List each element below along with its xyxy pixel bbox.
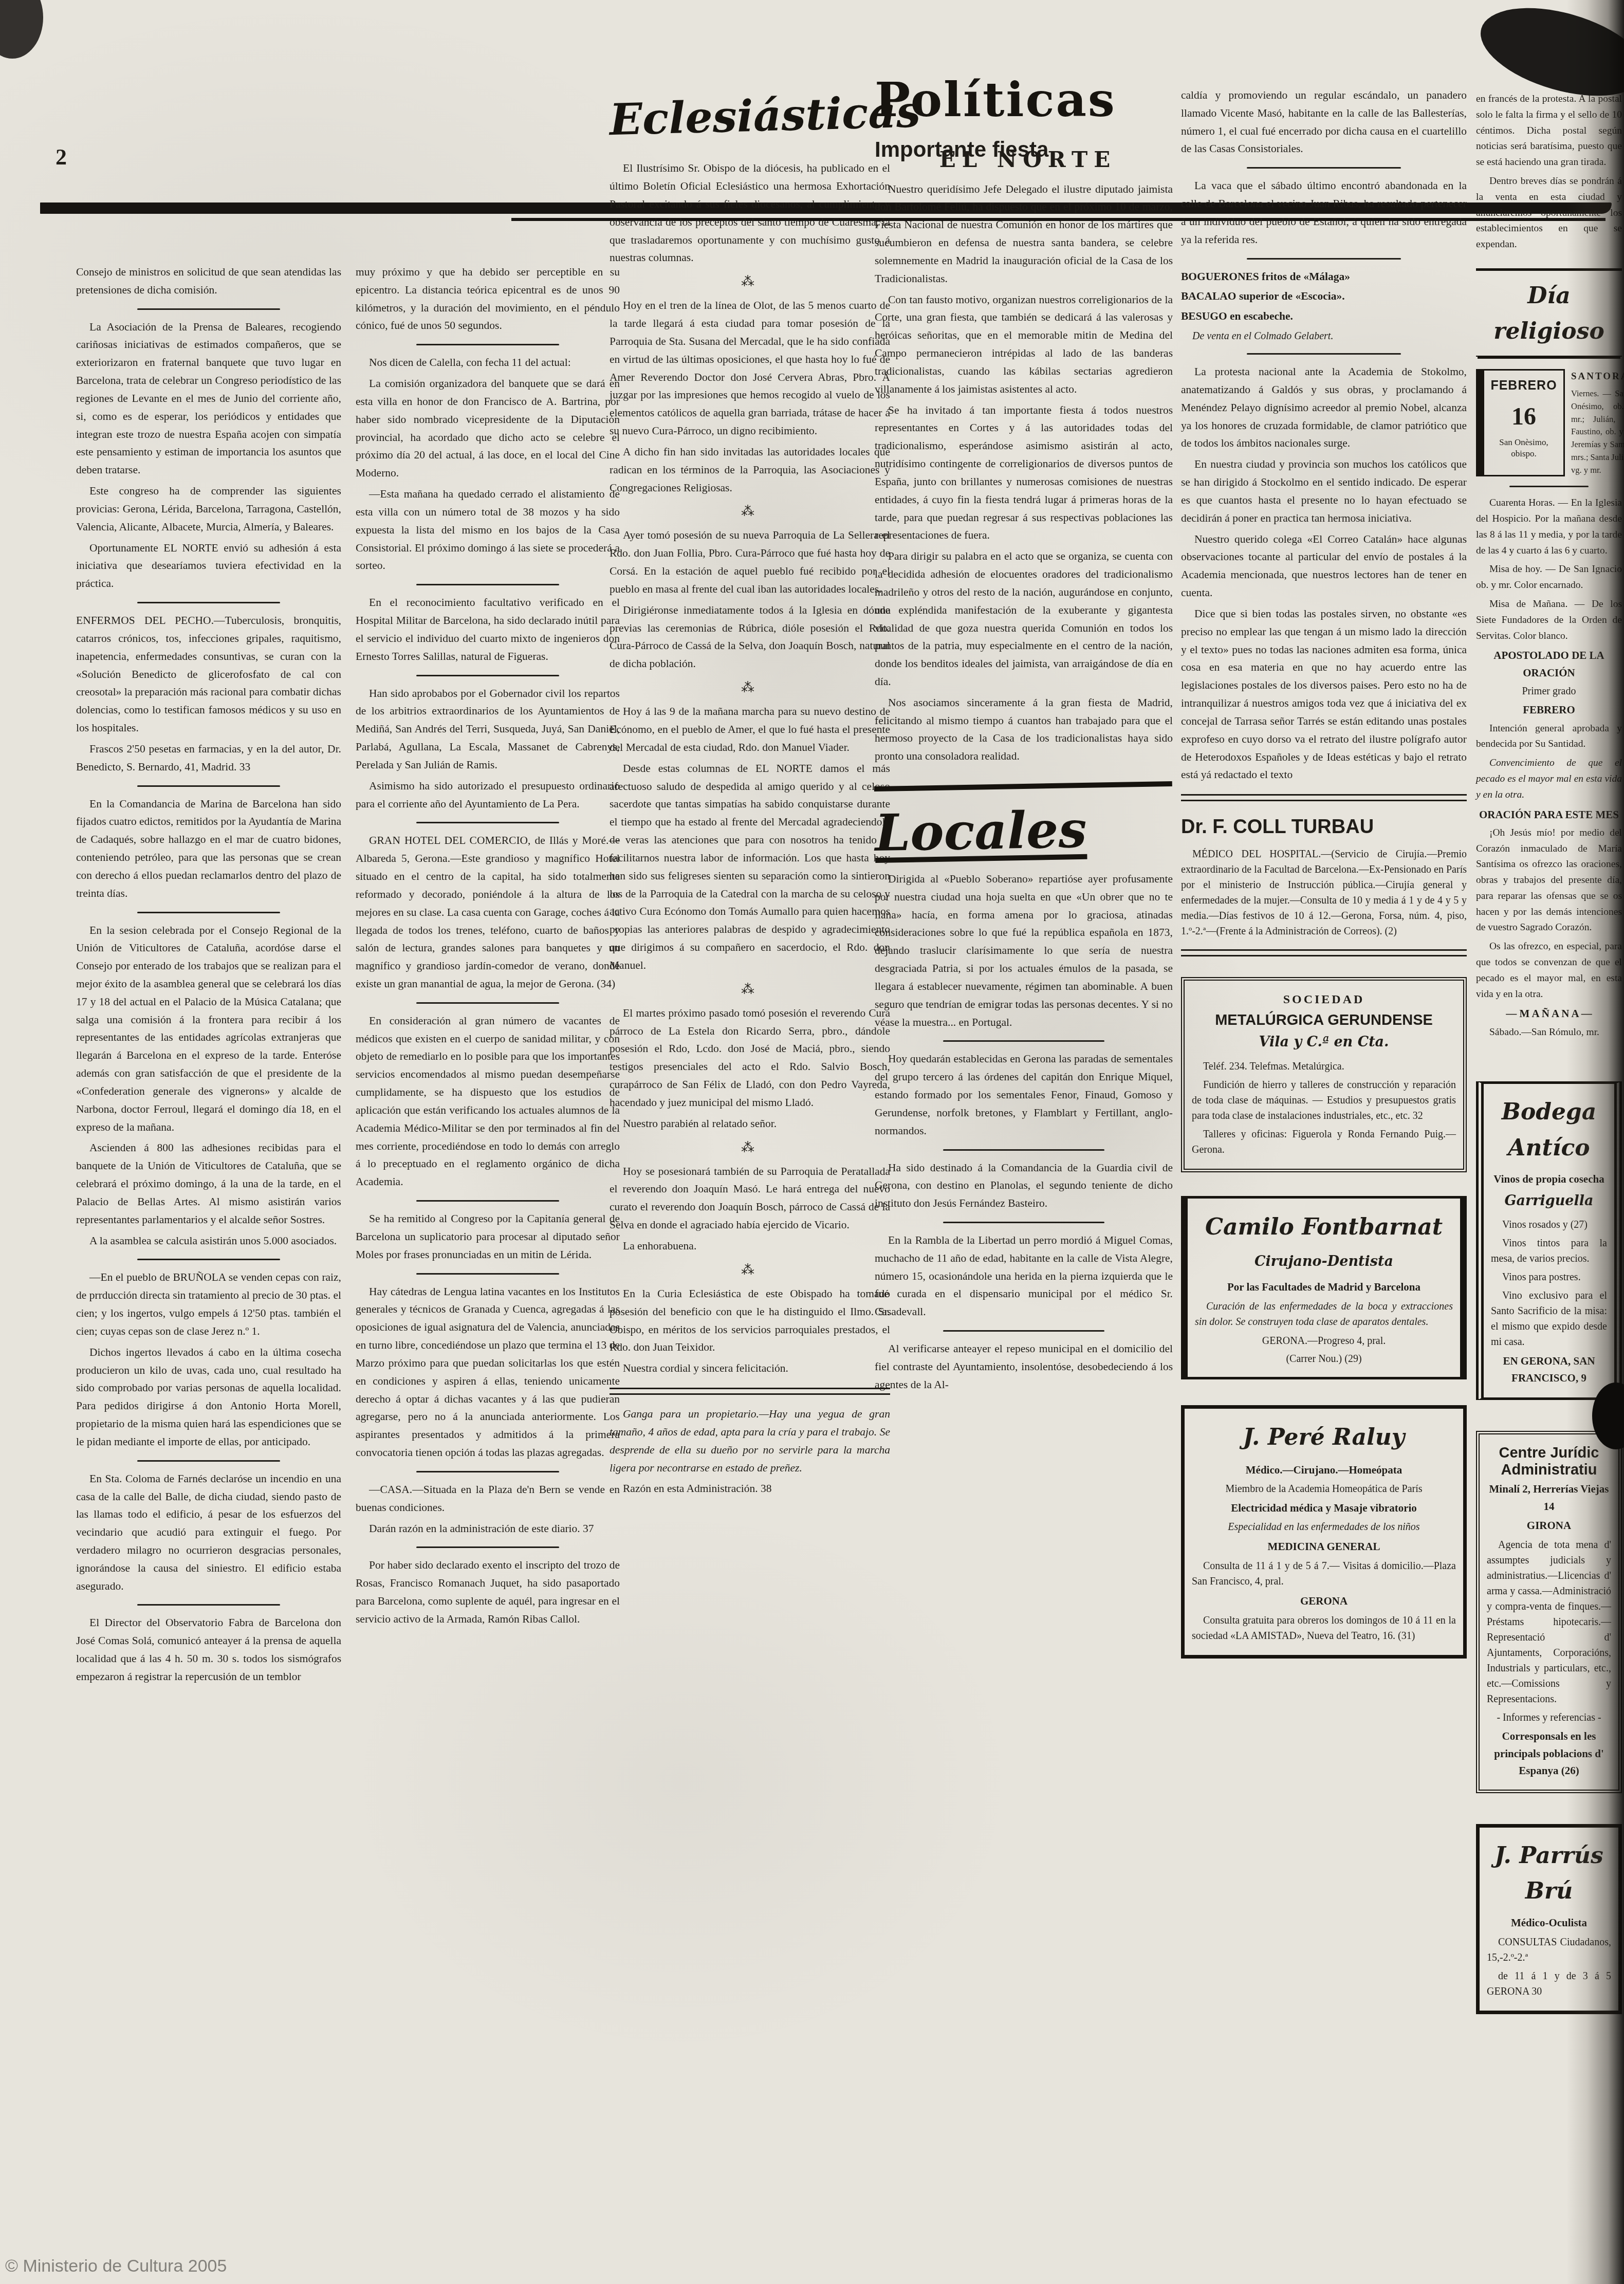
ad-camilo-fontbarnat: Camilo FontbarnatCirujano-DentistaPor la… (1181, 1196, 1467, 1380)
col-1-item-6: ENFERMOS DEL PECHO.—Tuberculosis, bronqu… (76, 612, 341, 737)
col-4-item-3: Con tan fausto motivo, organizan nuestro… (875, 291, 1173, 398)
col-1-item-9: En la Comandancia de Marina de Barcelona… (76, 795, 341, 902)
col-1-item-3: Este congreso ha de comprender las sigui… (76, 482, 341, 536)
col-3-item-2: ⁂ (610, 271, 890, 292)
ad-coll-turbau: Dr. F. COLL TURBAUMÉDICO DEL HOSPITAL.—(… (1181, 812, 1467, 939)
col-3-item-4: A dicho fin han sido invitadas las autor… (610, 443, 890, 496)
ad-metalurgica-gerundense-line-1: METALÚRGICA GERUNDENSE (1192, 1012, 1456, 1029)
col-3-item-20 (610, 1388, 890, 1395)
col-3-item-17: ⁂ (610, 1259, 890, 1281)
col-4-item-15 (943, 1330, 1104, 1332)
col-4-item-11 (943, 1149, 1104, 1151)
ad-pere-raluy: J. Peré RaluyMédico.—Cirujano.—Homeópata… (1181, 1405, 1467, 1658)
col-2-item-1 (416, 344, 559, 345)
section-head-locales: Locales (874, 781, 1173, 861)
col-2-item-4: —Esta mañana ha quedado cerrado el alist… (356, 485, 620, 575)
archive-watermark: © Ministerio de Cultura 2005 (5, 2256, 227, 2276)
col-2-item-13: En consideración al gran número de vacan… (356, 1012, 620, 1191)
col-2-item-14 (416, 1200, 559, 1202)
calendar-date-box: FEBRERO16San Onèsimo, obispo. (1476, 369, 1565, 476)
ad-colmado-gelabert: BOGUERONES fritos de «Málaga»BACALAO sup… (1181, 268, 1467, 344)
ad-camilo-fontbarnat-line-2: Por las Facultades de Madrid y Barcelona (1195, 1278, 1453, 1296)
col-1-item-14 (137, 1259, 281, 1260)
ad-pere-raluy-line-5: MEDICINA GENERAL (1192, 1538, 1456, 1555)
col-5-item-0: caldía y promoviendo un regular escándal… (1181, 86, 1467, 158)
ad-coll-turbau-line-1: MÉDICO DEL HOSPITAL.—(Servicio de Cirují… (1181, 846, 1467, 939)
ad-colmado-gelabert-line-0: BOGUERONES fritos de «Málaga» (1181, 268, 1467, 286)
ad-metalurgica-gerundense-line-0: SOCIEDAD (1192, 990, 1456, 1010)
col-5-item-9: Dice que si bien todas las postales sirv… (1181, 605, 1467, 784)
col-3-item-9: Hoy á las 9 de la mañana marcha para su … (610, 703, 890, 756)
col-3-item-19: Nuestra cordial y sincera felicitación. (610, 1359, 890, 1377)
ad-colmado-gelabert-line-3: De venta en el Colmado Gelabert. (1181, 328, 1467, 344)
ad-coll-turbau-line-0: Dr. F. COLL TURBAU (1181, 812, 1467, 843)
ad-camilo-fontbarnat-line-0: Camilo Fontbarnat (1195, 1209, 1453, 1245)
ad-colmado-gelabert-line-1: BACALAO superior de «Escocia». (1181, 287, 1467, 305)
column-2: muy próximo y que ha debido ser percepti… (356, 263, 620, 1631)
ad-metalurgica-gerundense: SOCIEDADMETALÚRGICA GERUNDENSEVila y C.ª… (1181, 977, 1467, 1172)
ad-pere-raluy-line-8: Consulta gratuita para obreros los domin… (1192, 1613, 1456, 1644)
ad-pere-raluy-line-7: GERONA (1192, 1592, 1456, 1610)
col-3-item-22: Razón en esta Administración. 38 (610, 1480, 890, 1498)
col-1-item-18: En Sta. Coloma de Farnés declaróse un in… (76, 1470, 341, 1595)
col-4-item-8: Dirigida al «Pueblo Soberano» repartióse… (875, 870, 1173, 1031)
col-1-item-4: Oportunamente EL NORTE envió su adhesión… (76, 539, 341, 593)
ad-metalurgica-gerundense-line-4: Fundición de hierro y talleres de constr… (1192, 1077, 1456, 1123)
col-3-item-16: La enhorabuena. (610, 1237, 890, 1255)
col-4-item-16: Al verificarse anteayer el repeso munici… (875, 1340, 1173, 1393)
ad-camilo-fontbarnat-line-5: (Carrer Nou.) (29) (1195, 1351, 1453, 1367)
col-5-item-8: Nuestro querido colega «El Correo Catalá… (1181, 530, 1467, 602)
col-2-item-5 (416, 584, 559, 585)
ad-pere-raluy-line-6: Consulta de 11 á 1 y de 5 á 7.— Visitas … (1192, 1558, 1456, 1589)
ad-camilo-fontbarnat-line-3: Curación de las enfermedades de la boca … (1195, 1299, 1453, 1330)
col-1-item-19 (137, 1604, 281, 1606)
col-4-item-4: Se ha invitado á tan importante fiesta á… (875, 401, 1173, 545)
newspaper-page: 2 EL NORTE Consejo de ministros en solic… (0, 0, 1624, 2284)
col-1-item-0: Consejo de ministros en solicitud de que… (76, 263, 341, 299)
col-2-item-2: Nos dicen de Calella, con fecha 11 del a… (356, 354, 620, 372)
article-head-importante-fiesta: Importante fiesta (875, 132, 1173, 167)
column-1: Consejo de ministros en solicitud de que… (76, 263, 341, 1689)
col-2-item-7 (416, 675, 559, 676)
col-2-item-15: Se ha remitido al Congreso por la Capita… (356, 1210, 620, 1263)
col-1-item-11: En la sesion celebrada por el Consejo Re… (76, 922, 341, 1136)
col-4-item-6: Nos asociamos sinceramente á la gran fie… (875, 694, 1173, 765)
col-3-item-10: Desde estas columnas de EL NORTE damos e… (610, 760, 890, 974)
col-1-item-13: A la asamblea se calcula asistirán unos … (76, 1232, 341, 1250)
col-2-item-8: Han sido aprobabos por el Gobernador civ… (356, 685, 620, 774)
calendar-month: FEBRERO (1487, 376, 1560, 396)
ad-metalurgica-gerundense-line-5: Talleres y oficinas: Figuerola y Ronda F… (1192, 1127, 1456, 1157)
ad-colmado-gelabert-line-2: BESUGO en escabeche. (1181, 307, 1467, 325)
scan-corner-mark (0, 0, 43, 59)
col-2-item-17: Hay cátedras de Lengua latina vacantes e… (356, 1283, 620, 1462)
col-4-item-10: Hoy quedarán establecidas en Gerona las … (875, 1050, 1173, 1139)
ad-metalurgica-gerundense-line-3: Teléf. 234. Telefmas. Metalúrgica. (1192, 1059, 1456, 1074)
col-3-item-5: ⁂ (610, 501, 890, 522)
col-2-item-21 (416, 1546, 559, 1548)
col-3-item-14: ⁂ (610, 1137, 890, 1158)
col-4-item-5: Para dirigir su palabra en el acto que s… (875, 547, 1173, 691)
ad-metalurgica-gerundense-line-2: Vila y C.ª en Cta. (1192, 1031, 1456, 1054)
col-1-item-5 (137, 602, 281, 603)
col-1-item-1 (137, 308, 281, 310)
col-2-item-3: La comisión organizadora del banquete qu… (356, 375, 620, 482)
col-4-item-9 (943, 1040, 1104, 1042)
column-5: caldía y promoviendo un regular escándal… (1181, 86, 1467, 1671)
col-5-item-1 (1247, 167, 1401, 169)
calendar-saint: San Onèsimo, obispo. (1487, 437, 1560, 459)
col-4-item-12: Ha sido destinado á la Comandancia de la… (875, 1159, 1173, 1212)
ad-pere-raluy-line-4: Especialidad en las enfermedades de los … (1192, 1519, 1456, 1535)
col-4-item-14: En la Rambla de la Libertad un perro mor… (875, 1231, 1173, 1321)
col-3-item-3: Hoy en el tren de la línea de Olot, de l… (610, 297, 890, 440)
col-2-item-9: Asimismo ha sido autorizado el presupues… (356, 777, 620, 813)
col-2-item-20: Darán razón en la administración de este… (356, 1520, 620, 1538)
col-3-item-7: Dirigiéronse inmediatamente todos á la I… (610, 601, 890, 673)
ad-ganga-yegua: Ganga para un propietario.—Hay una yegua… (610, 1405, 890, 1477)
col-5-item-12 (1181, 949, 1467, 956)
col-1-item-20: El Director del Observatorio Fabra de Ba… (76, 1614, 341, 1685)
col-5-item-5 (1247, 353, 1401, 355)
col-5-item-10 (1181, 794, 1467, 801)
col-5-item-6: La protesta nacional ante la Academia de… (1181, 363, 1467, 452)
col-1-item-16: Dichos ingertos llevados á cabo en la úl… (76, 1343, 341, 1451)
page-number: 2 (56, 144, 67, 170)
col-2-item-18 (416, 1471, 559, 1472)
col-2-item-0: muy próximo y que ha debido ser percepti… (356, 263, 620, 335)
col-3-item-6: Ayer tomó posesión de su nueva Parroquia… (610, 526, 890, 598)
col-1-item-15: —En el pueblo de BRUÑOLA se venden cepas… (76, 1268, 341, 1340)
col-1-item-10 (137, 912, 281, 913)
col-2-item-19: —CASA.—Situada en la Plaza de'n Bern se … (356, 1481, 620, 1517)
col-2-item-22: Por haber sido declarado exento el inscr… (356, 1556, 620, 1628)
col-1-item-12: Ascienden á 800 las adhesiones recibidas… (76, 1139, 341, 1228)
col-3-item-18: En la Curia Eclesiástica de este Obispad… (610, 1285, 890, 1356)
page-fold-shadow (1566, 0, 1624, 2284)
col-2-item-6: En el reconocimiento facultativo verific… (356, 594, 620, 665)
col-3-item-12: El martes próximo pasado tomó posesión e… (610, 1004, 890, 1112)
ad-gran-hotel: GRAN HOTEL DEL COMERCIO, de Illás y Moré… (356, 832, 620, 992)
col-5-item-7: En nuestra ciudad y provincia son muchos… (1181, 455, 1467, 527)
col-1-item-2: La Asociación de la Prensa de Baleares, … (76, 318, 341, 479)
col-5-item-3 (1247, 258, 1401, 260)
ad-pere-raluy-line-0: J. Peré Raluy (1192, 1419, 1456, 1456)
col-2-item-10 (416, 822, 559, 823)
ad-camilo-fontbarnat-line-1: Cirujano-Dentista (1195, 1250, 1453, 1273)
ad-pere-raluy-line-3: Electricidad médica y Masaje vibratorio (1192, 1499, 1456, 1517)
ad-camilo-fontbarnat-line-4: GERONA.—Progreso 4, pral. (1195, 1333, 1453, 1349)
section-head-eclesiasticas: Eclesiásticas (609, 90, 891, 142)
col-1-item-8 (137, 785, 281, 787)
col-1-item-17 (137, 1460, 281, 1462)
col-3-item-1: El Ilustrísimo Sr. Obispo de la diócesis… (610, 159, 890, 267)
col-3-item-13: Nuestro parabién al relatado señor. (610, 1115, 890, 1133)
section-head-politicas: Políticas (875, 75, 1173, 125)
col-2-item-16 (416, 1273, 559, 1275)
column-4-politicas-locales: PolíticasImportante fiestaNuestro querid… (875, 75, 1173, 1397)
col-4-item-2: Nuestro queridísimo Jefe Delegado el ilu… (875, 180, 1173, 288)
col-2-item-12 (416, 1002, 559, 1004)
ad-pere-raluy-line-1: Médico.—Cirujano.—Homeópata (1192, 1461, 1456, 1479)
col-4-item-13 (943, 1222, 1104, 1223)
calendar-day: 16 (1487, 397, 1560, 436)
col-3-item-8: ⁂ (610, 677, 890, 698)
col-3-item-15: Hoy se posesionará también de su Parroqu… (610, 1163, 890, 1234)
col-3-item-11: ⁂ (610, 979, 890, 1000)
ad-pere-raluy-line-2: Miembro de la Academia Homeopática de Pa… (1192, 1481, 1456, 1497)
column-3-eclesiasticas: EclesiásticasEl Ilustrísimo Sr. Obispo d… (610, 86, 890, 1501)
col-5-item-2: La vaca que el sábado último encontró ab… (1181, 177, 1467, 248)
col-1-item-7: Frascos 2'50 pesetas en farmacias, y en … (76, 740, 341, 776)
